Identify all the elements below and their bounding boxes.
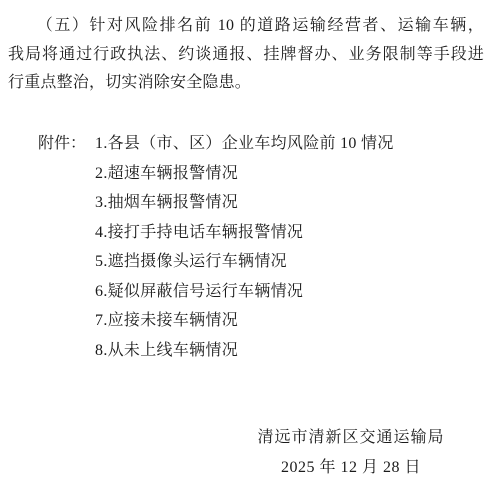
paragraph-line: （五）针对风险排名前 10 的道路运输经营者、运输车辆， xyxy=(8,12,484,41)
paragraph-line: 我局将通过行政执法、约谈通报、挂牌督办、业务限制等手段进 xyxy=(8,41,484,70)
attachment-list: 1.各县（市、区）企业车均风险前 10 情况 2.超速车辆报警情况 3.抽烟车辆… xyxy=(95,129,394,365)
attachment-item-6: 6.疑似屏蔽信号运行车辆情况 xyxy=(95,277,394,307)
paragraph-section-5: （五）针对风险排名前 10 的道路运输经营者、运输车辆， 我局将通过行政执法、约… xyxy=(8,12,484,98)
attachment-label: 附件： xyxy=(38,129,86,159)
attachment-item-7: 7.应接未接车辆情况 xyxy=(95,306,394,336)
attachment-item-4: 4.接打手持电话车辆报警情况 xyxy=(95,218,394,248)
attachment-item-1: 1.各县（市、区）企业车均风险前 10 情况 xyxy=(95,129,394,159)
document-page: （五）针对风险排名前 10 的道路运输经营者、运输车辆， 我局将通过行政执法、约… xyxy=(0,0,495,496)
attachment-block: 附件： 1.各县（市、区）企业车均风险前 10 情况 2.超速车辆报警情况 3.… xyxy=(38,129,394,365)
signature-block: 清远市清新区交通运输局 2025 年 12 月 28 日 xyxy=(253,423,449,483)
attachment-item-3: 3.抽烟车辆报警情况 xyxy=(95,188,394,218)
attachment-item-2: 2.超速车辆报警情况 xyxy=(95,159,394,189)
attachment-item-8: 8.从未上线车辆情况 xyxy=(95,336,394,366)
paragraph-line: 行重点整治，切实消除安全隐患。 xyxy=(8,69,484,98)
attachment-item-5: 5.遮挡摄像头运行车辆情况 xyxy=(95,247,394,277)
issue-date: 2025 年 12 月 28 日 xyxy=(253,453,449,483)
issuer-name: 清远市清新区交通运输局 xyxy=(253,423,449,453)
